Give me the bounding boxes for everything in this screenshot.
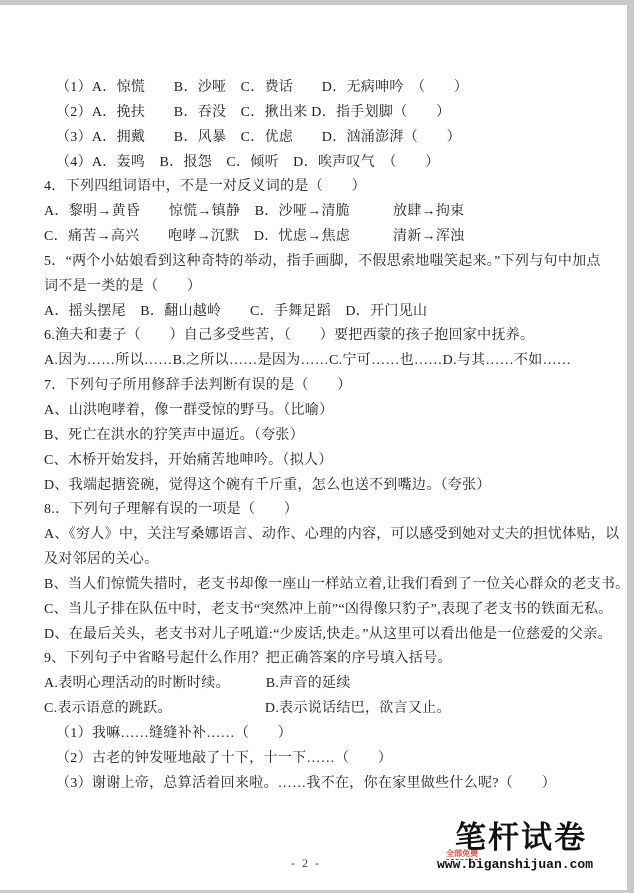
- text-line: 9、下列句子中省略号起什么作用？把正确答案的序号填入括号。: [44, 647, 604, 672]
- text-line: （4）A．轰鸣 B．报怨 C．倾听 D．唉声叹气 （ ）: [44, 151, 604, 176]
- text-line: （3）A．拥戴 B．风暴 C．优虑 D．汹涌澎湃（ ）: [44, 126, 604, 151]
- text-line: C、木桥开始发抖，开始痛苦地呻吟。（拟人）: [44, 449, 604, 474]
- text-line: A、山洪咆哮着，像一群受惊的野马。（比喻）: [44, 399, 604, 424]
- text-line: 8.．下列句子理解有误的一项是（ ）: [44, 498, 604, 523]
- text-line: B、当人们惊慌失措时，老支书却像一座山一样站立着,让我们看到了一位关心群众的老支…: [44, 573, 604, 598]
- page-number: - 2 -: [0, 856, 612, 871]
- text-line: 4．下列四组词语中，不是一对反义词的是（ ）: [44, 175, 604, 200]
- document-page: （1）A．惊慌 B．沙哑 C．费话 D．无病呻吟 （ ）（2）A．挽扶 B．吞没…: [0, 0, 634, 893]
- text-line: （3）谢谢上帝，总算活着回来啦。……我不在，你在家里做些什么呢?（ ）: [44, 772, 604, 797]
- page-edge-right: [627, 0, 634, 893]
- text-line: （2）A．挽扶 B．吞没 C．揪出来 D．指手划脚（ ）: [44, 101, 604, 126]
- text-line: C．痛苦→高兴 咆哮→沉默 D．忧虑→焦虑 清新→浑浊: [44, 225, 604, 250]
- text-line: A．摇头摆尾 B．翻山越岭 C．手舞足蹈 D．开门见山: [44, 300, 604, 325]
- document-body: （1）A．惊慌 B．沙哑 C．费话 D．无病呻吟 （ ）（2）A．挽扶 B．吞没…: [44, 76, 604, 796]
- text-line: 7．下列句子所用修辞手法判断有误的是（ ）: [44, 374, 604, 399]
- text-line: （2）古老的钟发哑地敲了十下，十一下……（ ）: [44, 747, 604, 772]
- text-line: （1）我嘛……缝缝补补……（ ）: [44, 722, 604, 747]
- text-line: B、死亡在洪水的狞笑声中逼近。（夸张）: [44, 424, 604, 449]
- page-edge-top: [0, 0, 634, 5]
- text-line: A.因为……所以……B.之所以……是因为……C.宁可……也……D.与其……不如……: [44, 349, 604, 374]
- text-line: D、在最后关头，老支书对儿子吼道:“少废话,快走。”从这里可以看出他是一位慈爱的…: [44, 623, 604, 648]
- brand-logo-text: 笔杆试卷: [455, 820, 587, 856]
- text-line: 及对邻居的关心。: [44, 548, 604, 573]
- text-line: 5．“两个小姑娘看到这种奇特的举动，指手画脚，不假思索地嗤笑起来。”下列与句中加…: [44, 250, 604, 275]
- text-line: 6.渔夫和妻子（ ）自己多受些苦，（ ）要把西蒙的孩子抱回家中抚养。: [44, 324, 604, 349]
- text-line: A．黎明→黄昏 惊慌→镇静 B．沙哑→清脆 放肆→拘束: [44, 200, 604, 225]
- text-line: （1）A．惊慌 B．沙哑 C．费话 D．无病呻吟 （ ）: [44, 76, 604, 101]
- text-line: A.表明心理活动的时断时续。 B.声音的延续: [44, 672, 604, 697]
- text-line: D、我端起搪瓷碗，觉得这个碗有千斤重，怎么也送不到嘴边。（夸张）: [44, 474, 604, 499]
- text-line: 词不是一类的是（ ）: [44, 275, 604, 300]
- text-line: C.表示语意的跳跃。 D.表示说话结巴，欲言又止。: [44, 697, 604, 722]
- text-line: C、当儿子排在队伍中时，老支书“突然冲上前”“凶得像只豹子”,表现了老支书的铁面…: [44, 598, 604, 623]
- text-line: A、《穷人》中，关注写桑娜语言、动作、心理的内容，可以感受到她对丈夫的担忧体贴，…: [44, 523, 604, 548]
